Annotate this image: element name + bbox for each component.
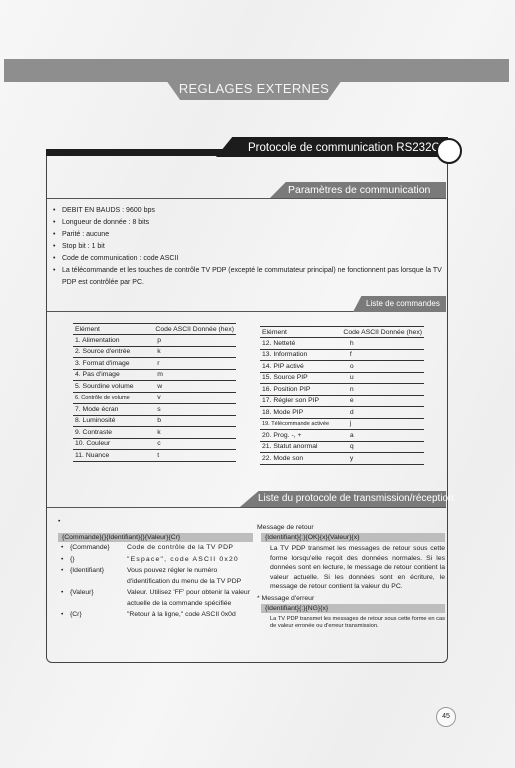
command-element: 18. Mode PIP (260, 407, 336, 419)
commands-table-left: Elément Code ASCII Donnée (hex) 1. Alime… (73, 323, 236, 462)
command-code: k (143, 346, 236, 358)
definition-key: {Cr} (58, 610, 127, 621)
command-code: u (336, 372, 424, 384)
table-row: 14. PIP activéo (260, 361, 424, 373)
table-row: 8. Luminositéb (73, 415, 236, 427)
command-element: 15. Source PIP (260, 372, 336, 384)
command-element: 10. Couleur (73, 438, 143, 450)
command-code: t (143, 450, 236, 462)
command-element: 1. Alimentation (73, 335, 143, 347)
protocol-title: Liste du protocole de transmission/récep… (258, 493, 454, 504)
command-element: 5. Sourdine volume (73, 381, 143, 393)
commands-table-right: Elément Code ASCII Donnée (hex) 12. Nett… (260, 326, 424, 465)
command-code: a (336, 430, 424, 442)
col-element: Elément (73, 324, 143, 335)
table-row: 6. Contrôle de volumev (73, 392, 236, 404)
command-element: 6. Contrôle de volume (73, 392, 143, 404)
command-element: 2. Source d'entrée (73, 346, 143, 358)
definition-row: {Identifiant} Vous pouvez régler le numé… (58, 566, 253, 587)
command-element: 20. Prog. -, + (260, 430, 336, 442)
protocol-command-block: • {Commande}{}{Identifiant}{}{Valeur}{Cr… (58, 518, 253, 621)
circle-icon (436, 138, 462, 164)
definition-row: {Cr} "Retour à la ligne," code ASCII 0x0… (58, 610, 253, 621)
command-element: 13. Information (260, 349, 336, 361)
table-row: 17. Régler son PIPe (260, 395, 424, 407)
command-code: k (143, 427, 236, 439)
definition-row: {} "Espace", code ASCII 0x20 (58, 555, 253, 566)
commands-title: Liste de commandes (366, 299, 440, 308)
param-item: Longueur de donnée : 8 bits (52, 217, 447, 229)
command-element: 9. Contraste (73, 427, 143, 439)
definition-key: {} (58, 555, 127, 566)
table-row: 1. Alimentationp (73, 335, 236, 347)
command-code: s (143, 404, 236, 416)
command-code: o (336, 361, 424, 373)
command-code: y (336, 453, 424, 465)
definition-value: "Espace", code ASCII 0x20 (127, 555, 253, 566)
table-row: 18. Mode PIPd (260, 407, 424, 419)
definition-row: {Valeur} Valeur. Utilisez 'FF' pour obte… (58, 588, 253, 609)
table-row: 13. Informationf (260, 349, 424, 361)
command-code: w (143, 381, 236, 393)
section-title: REGLAGES EXTERNES (166, 81, 342, 96)
definition-value: Valeur. Utilisez 'FF' pour obtenir la va… (127, 588, 253, 609)
table-row: 4. Pas d'imagem (73, 369, 236, 381)
command-code: v (143, 392, 236, 404)
command-element: 8. Luminosité (73, 415, 143, 427)
command-code: e (336, 395, 424, 407)
table-row: 3. Format d'imager (73, 358, 236, 370)
params-list: DEBIT EN BAUDS : 9600 bps Longueur de do… (52, 205, 447, 289)
command-code: r (143, 358, 236, 370)
table-row: 11. Nuancet (73, 450, 236, 462)
return-title: Message de retour (257, 524, 445, 531)
definition-value: "Retour à la ligne," code ASCII 0x0d (127, 610, 253, 621)
param-item: DEBIT EN BAUDS : 9600 bps (52, 205, 447, 217)
param-item: Code de communication : code ASCII (52, 253, 447, 265)
command-code: p (143, 335, 236, 347)
command-syntax: {Commande}{}{Identifiant}{}{Valeur}{Cr} (58, 533, 253, 542)
definition-key: {Identifiant} (58, 566, 127, 587)
box-title: Protocole de communication RS232C (248, 142, 440, 154)
table-row: 7. Mode écrans (73, 404, 236, 416)
command-code: c (143, 438, 236, 450)
page-number: 45 (436, 707, 456, 727)
table-row: 10. Couleurc (73, 438, 236, 450)
param-item: La télécommande et les touches de contrô… (52, 265, 447, 289)
command-code: f (336, 349, 424, 361)
command-element: 3. Format d'image (73, 358, 143, 370)
section-divider (47, 507, 446, 508)
table-row: 21. Statut anormalq (260, 441, 424, 453)
command-element: 14. PIP activé (260, 361, 336, 373)
col-element: Elément (260, 327, 336, 338)
command-element: 17. Régler son PIP (260, 395, 336, 407)
table-row: 16. Position PIPn (260, 384, 424, 396)
definition-value: Vous pouvez régler le numéro d'identific… (127, 566, 253, 587)
params-title: Paramètres de communication (288, 184, 430, 196)
command-code: n (336, 384, 424, 396)
command-code: h (336, 338, 424, 350)
command-element: 4. Pas d'image (73, 369, 143, 381)
table-row: 15. Source PIPu (260, 372, 424, 384)
table-row: 22. Mode sony (260, 453, 424, 465)
return-syntax: {Identifiant}{:}{OK}{x}{Valeur}{x} (261, 533, 445, 542)
section-divider (47, 198, 446, 199)
command-element: 7. Mode écran (73, 404, 143, 416)
definition-row: {Commande} Code de contrôle de la TV PDP (58, 543, 253, 554)
command-code: b (143, 415, 236, 427)
command-element: 21. Statut anormal (260, 441, 336, 453)
protocol-return-block: Message de retour {Identifiant}{:}{OK}{x… (257, 524, 445, 631)
col-code: Code ASCII Donnée (hex) (336, 327, 424, 338)
param-item: Stop bit : 1 bit (52, 241, 447, 253)
command-element: 16. Position PIP (260, 384, 336, 396)
table-row: 19. Télécommande activéej (260, 418, 424, 430)
error-syntax: {Identifiant}{:}{NG}{x} (261, 604, 445, 613)
command-code: d (336, 407, 424, 419)
definition-key: {Valeur} (58, 588, 127, 609)
table-row: 5. Sourdine volumew (73, 381, 236, 393)
command-code: m (143, 369, 236, 381)
command-element: 12. Netteté (260, 338, 336, 350)
table-row: 20. Prog. -, +a (260, 430, 424, 442)
error-text: La TV PDP transmet les messages de retou… (257, 616, 445, 631)
command-element: 19. Télécommande activée (260, 418, 336, 430)
col-code: Code ASCII Donnée (hex) (143, 324, 236, 335)
return-text: La TV PDP transmet les messages de retou… (257, 544, 445, 592)
bullet: • (58, 518, 253, 525)
command-code: q (336, 441, 424, 453)
command-code: j (336, 418, 424, 430)
table-row: 9. Contrastek (73, 427, 236, 439)
error-title: * Message d'erreur (257, 595, 445, 602)
header-band (4, 59, 509, 82)
definition-key: {Commande} (58, 543, 127, 554)
definition-value: Code de contrôle de la TV PDP (127, 543, 253, 554)
table-row: 12. Nettetéh (260, 338, 424, 350)
command-element: 11. Nuance (73, 450, 143, 462)
command-element: 22. Mode son (260, 453, 336, 465)
table-row: 2. Source d'entréek (73, 346, 236, 358)
param-item: Parité : aucune (52, 229, 447, 241)
